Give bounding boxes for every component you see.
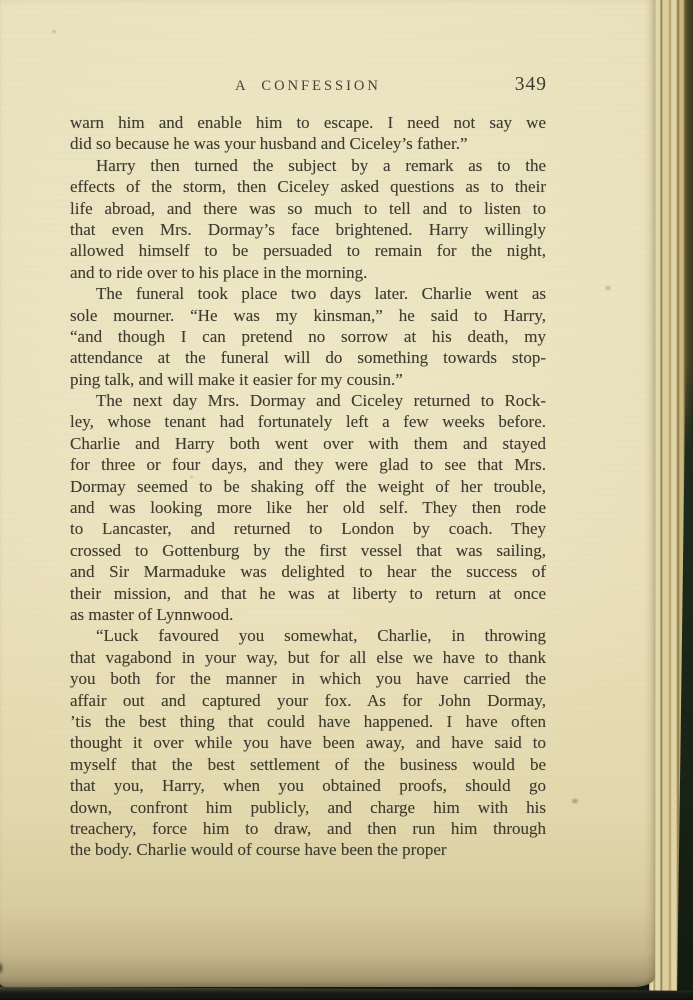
chapter-running-title: A CONFESSION: [70, 78, 546, 95]
text-line: The funeral took place two days later. C…: [70, 283, 546, 304]
text-line: to Lancaster, and returned to London by …: [70, 518, 546, 539]
text-line: The next day Mrs. Dormay and Ciceley ret…: [70, 390, 546, 411]
paragraph: “Luck favoured you somewhat, Charlie, in…: [70, 625, 546, 860]
text-line: for three or four days, and they were gl…: [70, 454, 546, 475]
scanned-book-page: A CONFESSION 349 warn him and enable him…: [0, 0, 693, 1000]
text-line: the body. Charlie would of course have b…: [70, 839, 546, 860]
text-line: ley, whose tenant had fortunately left a…: [70, 411, 546, 432]
text-line: you both for the manner in which you hav…: [70, 668, 546, 689]
text-line: and to ride over to his place in the mor…: [70, 262, 546, 283]
text-line: thought it over while you have been away…: [70, 732, 546, 753]
text-line: as master of Lynnwood.: [70, 604, 546, 625]
running-header: A CONFESSION 349: [70, 74, 546, 112]
text-line: that vagabond in your way, but for all e…: [70, 647, 546, 668]
text-line: treachery, force him to draw, and then r…: [70, 818, 546, 839]
paragraph: The funeral took place two days later. C…: [70, 283, 546, 390]
paper-page: A CONFESSION 349 warn him and enable him…: [0, 0, 655, 987]
text-line: attendance at the funeral will do someth…: [70, 347, 546, 368]
text-line: effects of the storm, then Ciceley asked…: [70, 176, 546, 197]
page-number: 349: [515, 74, 547, 96]
paper-speck: [50, 28, 58, 35]
text-line: down, confront him publicly, and charge …: [70, 797, 546, 818]
paper-speck: [603, 284, 613, 292]
text-line: Charlie and Harry both went over with th…: [70, 433, 546, 454]
text-line: myself that the best settlement of the b…: [70, 754, 546, 775]
text-line: and was looking more like her old self. …: [70, 497, 546, 518]
text-line: allowed himself to be persuaded to remai…: [70, 240, 546, 261]
paragraph: warn him and enable him to escape. I nee…: [70, 112, 546, 155]
text-line: warn him and enable him to escape. I nee…: [70, 112, 546, 133]
text-line: that even Mrs. Dormay’s face brightened.…: [70, 219, 546, 240]
paragraph: Harry then turned the subject by a remar…: [70, 155, 546, 283]
text-line: life abroad, and there was so much to te…: [70, 198, 546, 219]
text-line: “and though I can pretend no sorrow at h…: [70, 326, 546, 347]
text-line: “Luck favoured you somewhat, Charlie, in…: [70, 625, 546, 646]
text-line: and Sir Marmaduke was delighted to hear …: [70, 561, 546, 582]
text-line: ping talk, and will make it easier for m…: [70, 369, 546, 390]
text-line: Dormay seemed to be shaking off the weig…: [70, 476, 546, 497]
text-line: did so because he was your husband and C…: [70, 133, 546, 154]
text-block: A CONFESSION 349 warn him and enable him…: [70, 74, 546, 861]
scan-left-notch: [0, 962, 7, 974]
paper-speck: [569, 796, 581, 806]
text-line: Harry then turned the subject by a remar…: [70, 155, 546, 176]
text-line: their mission, and that he was at libert…: [70, 583, 546, 604]
text-line: that you, Harry, when you obtained proof…: [70, 775, 546, 796]
text-line: ’tis the best thing that could have happ…: [70, 711, 546, 732]
text-line: affair out and captured your fox. As for…: [70, 690, 546, 711]
text-line: sole mourner. “He was my kinsman,” he sa…: [70, 305, 546, 326]
body-text: warn him and enable him to escape. I nee…: [70, 112, 546, 861]
text-line: crossed to Gottenburg by the first vesse…: [70, 540, 546, 561]
paragraph: The next day Mrs. Dormay and Ciceley ret…: [70, 390, 546, 625]
